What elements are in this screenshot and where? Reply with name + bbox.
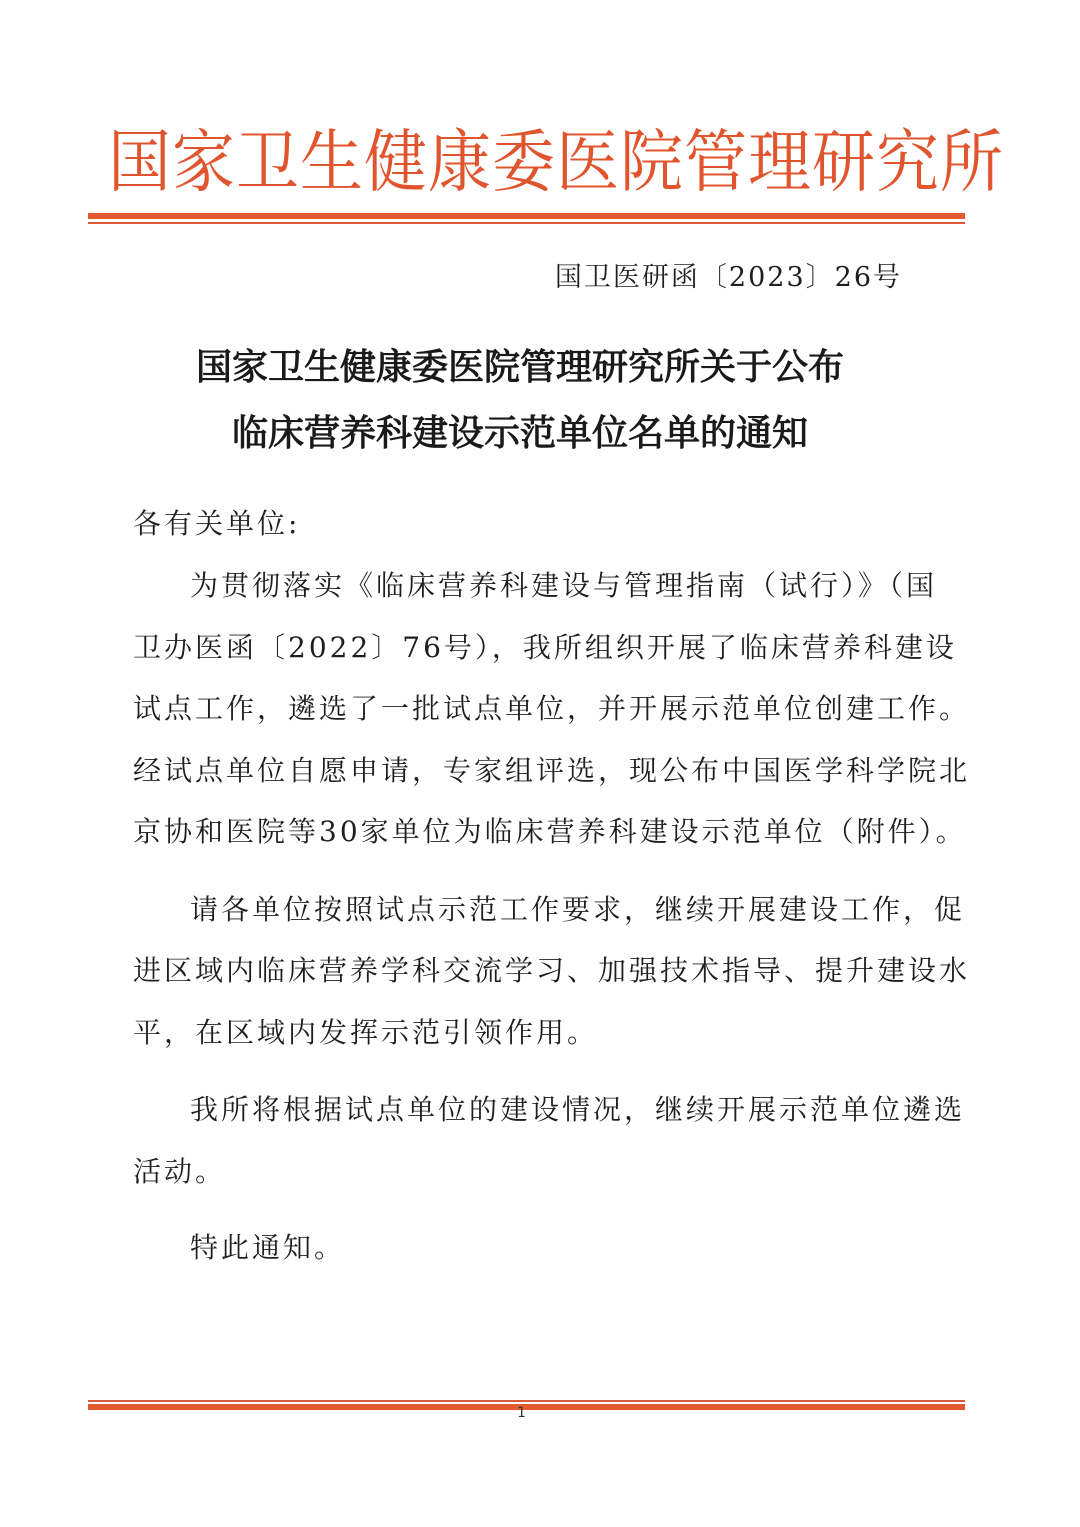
document-number: 国卫医研函〔2023〕26号 bbox=[555, 258, 902, 298]
page-number: 1 bbox=[517, 1405, 525, 1421]
paragraph-1-line: 经试点单位自愿申请，专家组评选，现公布中国医学科学院北 bbox=[133, 751, 908, 791]
salutation: 各有关单位: bbox=[133, 504, 908, 544]
letterhead-title: 国家卫生健康委医院管理研究所 bbox=[108, 114, 948, 211]
document-title-line-2: 临床营养科建设示范单位名单的通知 bbox=[120, 412, 920, 456]
paragraph-3-line: 我所将根据试点单位的建设情况，继续开展示范单位遴选 bbox=[190, 1090, 908, 1130]
paragraph-1-line: 试点工作，遴选了一批试点单位，并开展示范单位创建工作。 bbox=[133, 689, 908, 729]
paragraph-2-line: 请各单位按照试点示范工作要求，继续开展建设工作，促 bbox=[190, 890, 908, 930]
closing-line: 特此通知。 bbox=[190, 1228, 908, 1268]
footer-rule-thick bbox=[88, 1404, 965, 1410]
paragraph-2-line: 平，在区域内发挥示范引领作用。 bbox=[133, 1013, 908, 1053]
letterhead-rule-thick bbox=[88, 213, 965, 219]
paragraph-2-line: 进区域内临床营养学科交流学习、加强技术指导、提升建设水 bbox=[133, 951, 908, 991]
letterhead-rule-thin bbox=[88, 222, 965, 224]
document-title-line-1: 国家卫生健康委医院管理研究所关于公布 bbox=[120, 346, 920, 390]
paragraph-1-line: 卫办医函〔2022〕76号），我所组织开展了临床营养科建设 bbox=[133, 628, 908, 668]
paragraph-1-line: 京协和医院等30家单位为临床营养科建设示范单位（附件）。 bbox=[133, 812, 908, 852]
footer-rule-thin bbox=[88, 1400, 965, 1402]
paragraph-1-line: 为贯彻落实《临床营养科建设与管理指南（试行）》（国 bbox=[190, 566, 908, 606]
paragraph-3-line: 活动。 bbox=[133, 1152, 908, 1192]
